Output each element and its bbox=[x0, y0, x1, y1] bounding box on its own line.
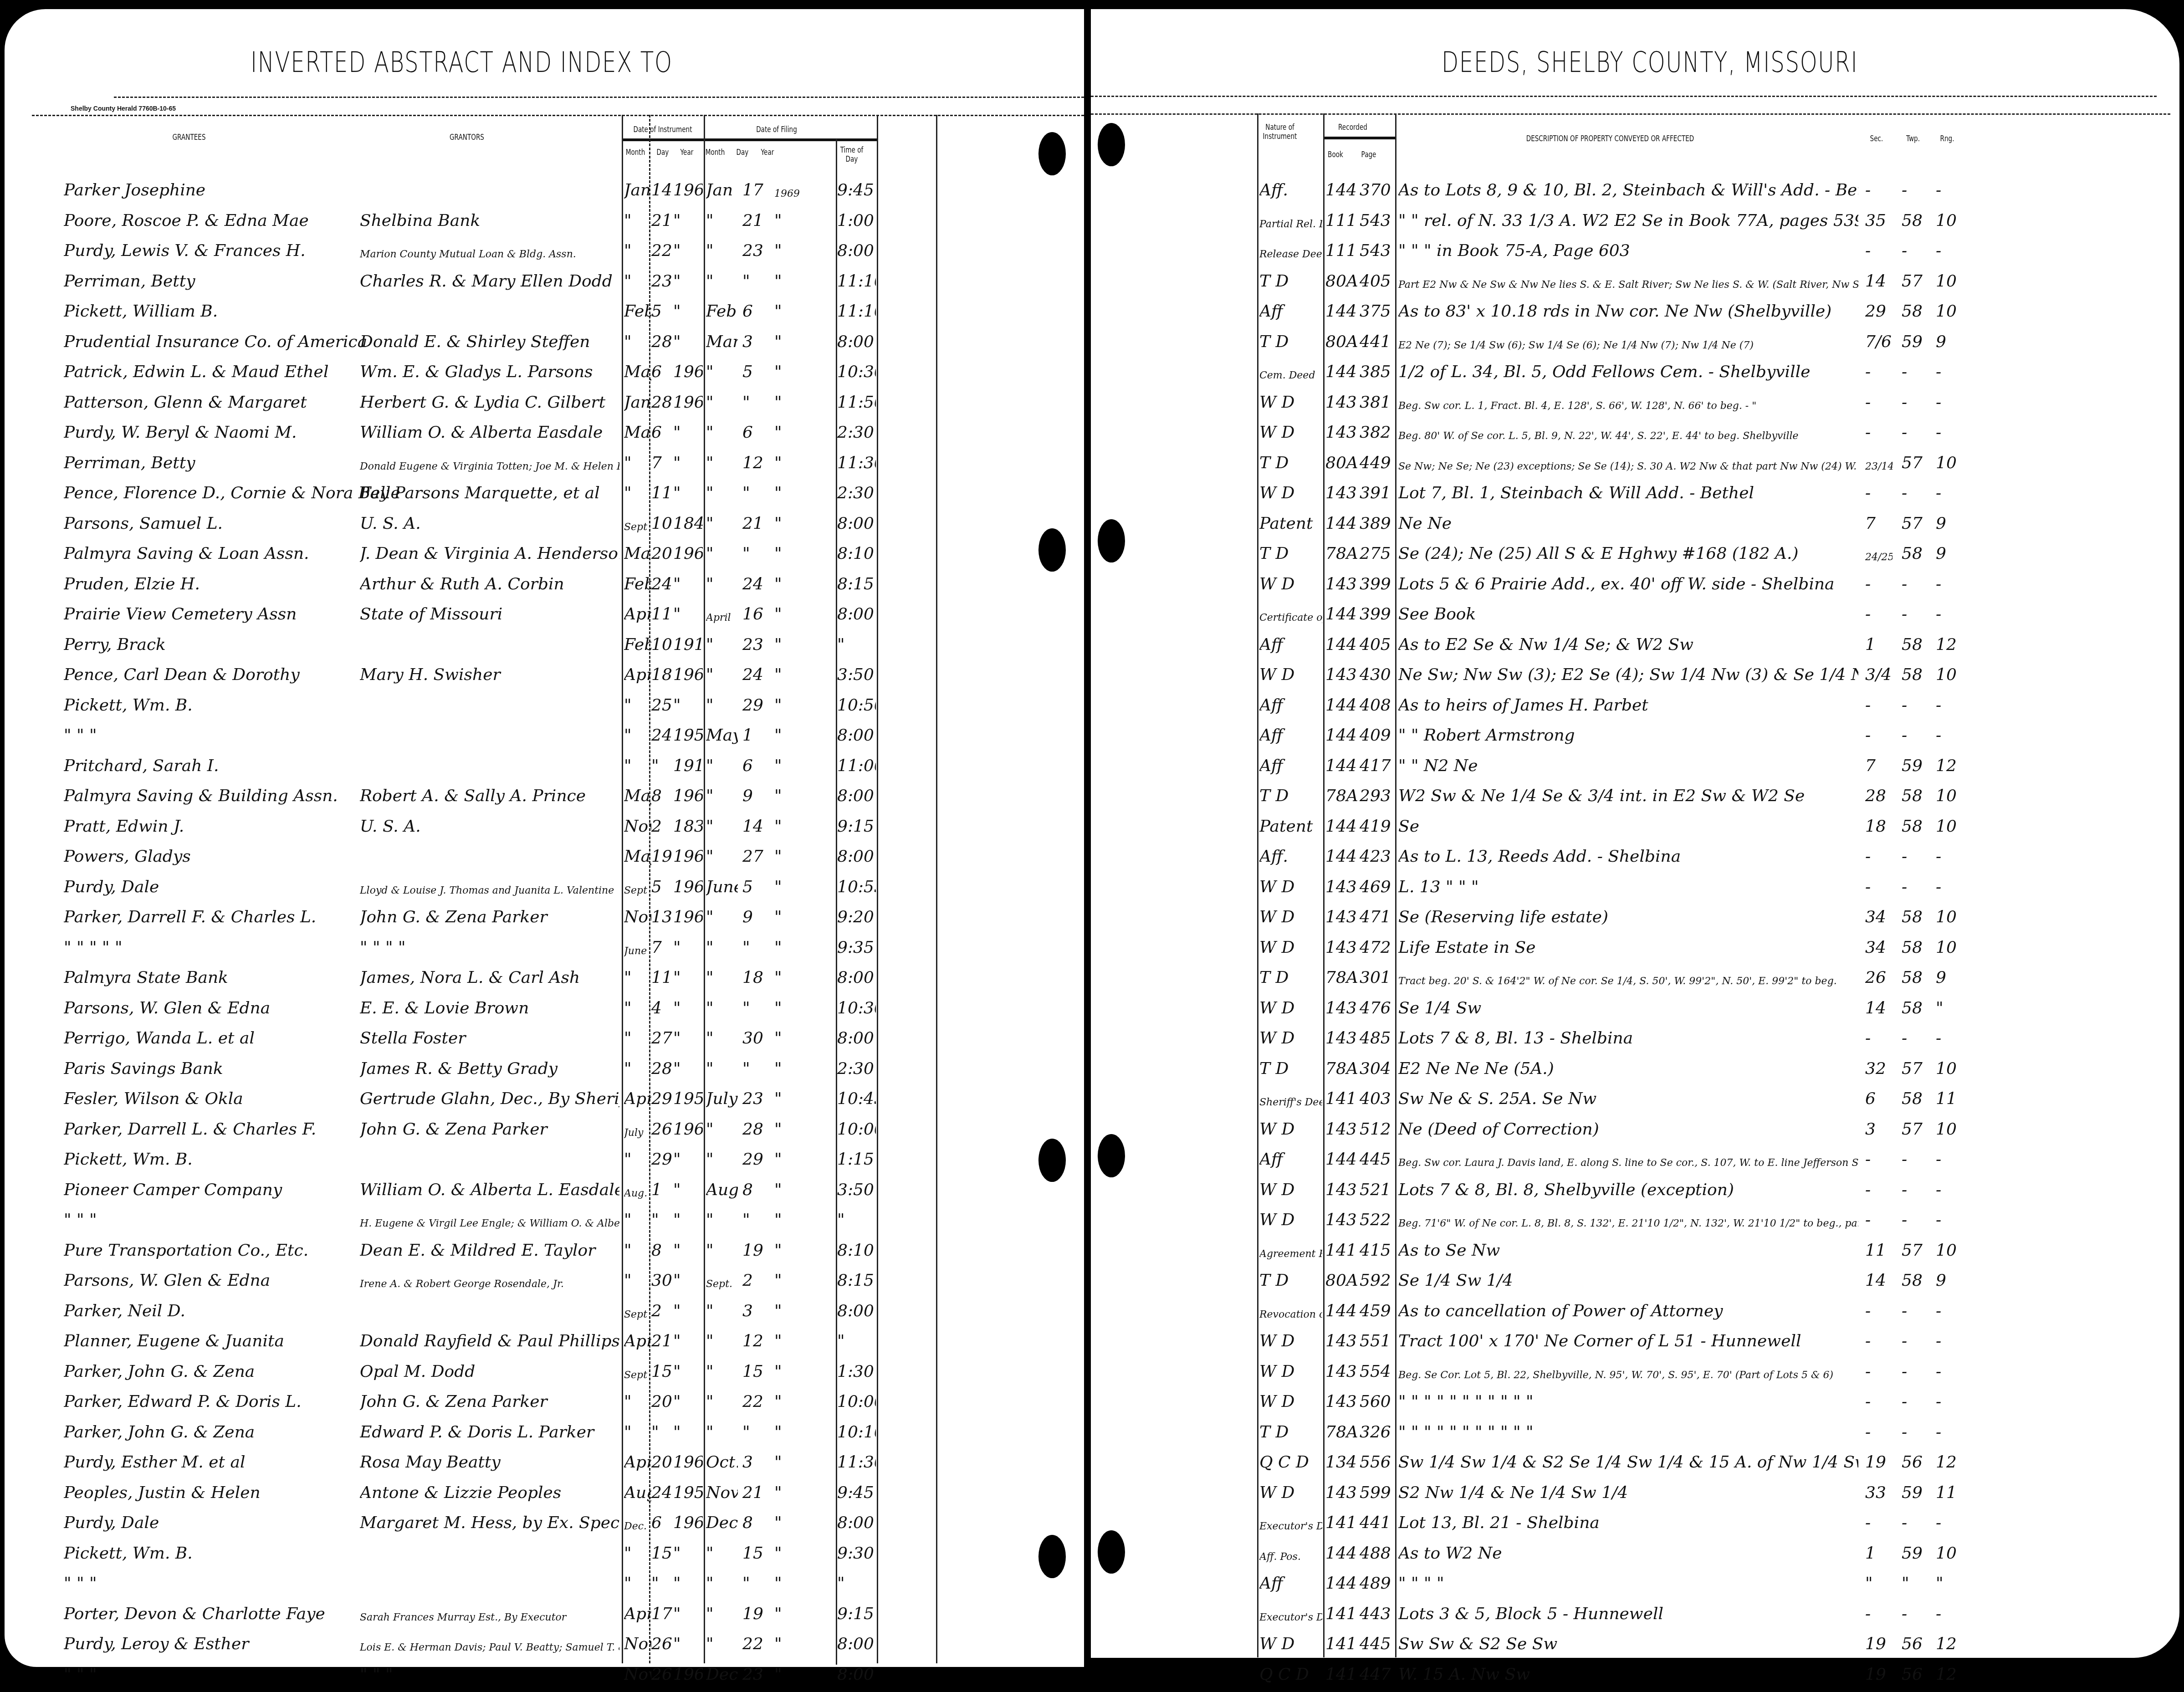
township: - bbox=[1902, 878, 1927, 896]
filing-month: " bbox=[706, 393, 738, 412]
township: 59 bbox=[1902, 1544, 1927, 1563]
property-description: " " " " bbox=[1398, 1574, 1858, 1593]
range: 9 bbox=[1936, 514, 1961, 533]
township: - bbox=[1902, 1605, 1927, 1623]
instrument-day: 19 bbox=[651, 847, 674, 866]
time-of-day: 10:30 bbox=[837, 999, 876, 1017]
instrument-year: " bbox=[673, 696, 703, 715]
instrument-month: " bbox=[624, 272, 651, 291]
filing-month: " bbox=[706, 1332, 738, 1350]
time-of-day: 8:00 bbox=[837, 968, 876, 987]
instrument-year: 1969 bbox=[673, 908, 703, 926]
range: - bbox=[1936, 575, 1961, 593]
book-number: 143 bbox=[1325, 1392, 1357, 1411]
filing-month: " bbox=[706, 968, 738, 987]
grantee-name: " " " bbox=[64, 726, 419, 745]
filing-month: " bbox=[706, 635, 738, 654]
section: - bbox=[1865, 847, 1892, 866]
filing-year: " bbox=[774, 454, 802, 472]
range: 9 bbox=[1936, 332, 1961, 351]
grantor-name: John G. & Zena Parker bbox=[360, 908, 619, 926]
instrument-day: 30 bbox=[651, 1271, 674, 1290]
ledger-row: Pruden, Elzie H.Arthur & Ruth A. CorbinF… bbox=[5, 567, 1084, 597]
township: 58 bbox=[1902, 968, 1927, 987]
grantor-name: John G. & Zena Parker bbox=[360, 1392, 619, 1411]
ledger-row: Patterson, Glenn & MargaretHerbert G. & … bbox=[5, 385, 1084, 415]
instrument-month: " bbox=[624, 1059, 651, 1078]
time-of-day: " bbox=[837, 1211, 876, 1229]
filing-day: 2 bbox=[742, 1271, 765, 1290]
instrument-day: " bbox=[651, 757, 674, 775]
instrument-year: " bbox=[673, 1423, 703, 1442]
section: 29 bbox=[1865, 302, 1892, 321]
section: - bbox=[1865, 1150, 1892, 1169]
filing-day: 5 bbox=[742, 878, 765, 896]
range: - bbox=[1936, 1362, 1961, 1381]
file-month-header: Month bbox=[704, 148, 726, 157]
township: - bbox=[1902, 1513, 1927, 1532]
township: 57 bbox=[1902, 272, 1927, 291]
page-number: 417 bbox=[1360, 757, 1394, 775]
nature-of-instrument: Executor's Deed bbox=[1259, 1612, 1322, 1623]
filing-year: " bbox=[774, 211, 802, 230]
township: 59 bbox=[1902, 332, 1927, 351]
property-description: Ne (Deed of Correction) bbox=[1398, 1120, 1858, 1139]
section: 33 bbox=[1865, 1483, 1892, 1502]
filing-year: " bbox=[774, 363, 802, 381]
instrument-year: " bbox=[673, 1211, 703, 1229]
ledger-row: Parker, Neil D.Sept2""3"8:00 bbox=[5, 1294, 1084, 1324]
ledger-row: Pure Transportation Co., Etc.Dean E. & M… bbox=[5, 1233, 1084, 1263]
filing-month: " bbox=[706, 1150, 738, 1169]
instrument-month: Nov bbox=[624, 1635, 651, 1653]
range: - bbox=[1936, 1332, 1961, 1350]
filing-year: " bbox=[774, 1029, 802, 1048]
instrument-year: 1968 bbox=[673, 1453, 703, 1472]
township: - bbox=[1902, 1392, 1927, 1411]
page-number: 521 bbox=[1360, 1181, 1394, 1199]
grantor-name: Robert A. & Sally A. Prince bbox=[360, 787, 619, 805]
ledger-row: " " """""""" bbox=[5, 1566, 1084, 1596]
instrument-day: 11 bbox=[651, 605, 674, 624]
instrument-year: " bbox=[673, 302, 703, 321]
township: 56 bbox=[1902, 1635, 1927, 1653]
filing-month: " bbox=[706, 423, 738, 442]
grantor-name: Donald Rayfield & Paul Phillips bbox=[360, 1332, 619, 1350]
twp-header: Twp. bbox=[1904, 134, 1922, 143]
page-number: 441 bbox=[1360, 332, 1394, 351]
instrument-month: Sept bbox=[624, 885, 651, 896]
instrument-year: " bbox=[673, 1241, 703, 1260]
book-number: 143 bbox=[1325, 393, 1357, 412]
time-of-day: 10:10 bbox=[837, 1423, 876, 1442]
ledger-row: Agreement Right of Release141415As to Se… bbox=[1091, 1233, 2179, 1263]
nature-of-instrument: Aff. bbox=[1259, 847, 1322, 866]
ledger-row: W D143391Lot 7, Bl. 1, Steinbach & Will … bbox=[1091, 476, 2179, 506]
ledger-row: W D143551Tract 100' x 170' Ne Corner of … bbox=[1091, 1324, 2179, 1354]
nature-of-instrument: Patent bbox=[1259, 817, 1322, 836]
page-number: 399 bbox=[1360, 605, 1394, 624]
book-number: 144 bbox=[1325, 302, 1357, 321]
page-number: 471 bbox=[1360, 908, 1394, 926]
instrument-day: 29 bbox=[651, 1089, 674, 1108]
instrument-month: " bbox=[624, 968, 651, 987]
ledger-row: Perry, BrackFeb101910"23"" bbox=[5, 628, 1084, 658]
township: 56 bbox=[1902, 1453, 1927, 1472]
filing-year: " bbox=[774, 1150, 802, 1169]
nature-of-instrument: W D bbox=[1259, 938, 1322, 957]
book-number: 143 bbox=[1325, 665, 1357, 684]
grantor-name: Margaret M. Hess, by Ex. Spec. bbox=[360, 1513, 619, 1532]
section: 7 bbox=[1865, 757, 1892, 775]
property-description: Sw Ne & S. 25A. Se Nw bbox=[1398, 1089, 1858, 1108]
ledger-row: " " ""241957May1"8:00 bbox=[5, 718, 1084, 748]
time-of-day: 1:15 bbox=[837, 1150, 876, 1169]
township: - bbox=[1902, 241, 1927, 260]
township: - bbox=[1902, 1332, 1927, 1350]
filing-year: " bbox=[774, 1423, 802, 1442]
filing-day: " bbox=[742, 1423, 765, 1442]
filing-year: " bbox=[774, 1181, 802, 1199]
instrument-month: " bbox=[624, 1029, 651, 1048]
filing-day: 14 bbox=[742, 817, 765, 836]
ledger-row: Certificate of Incorporation144399See Bo… bbox=[1091, 597, 2179, 627]
time-of-day: 2:30 bbox=[837, 484, 876, 502]
ledger-row: Palmyra State BankJames, Nora L. & Carl … bbox=[5, 961, 1084, 991]
book-number: 144 bbox=[1325, 847, 1357, 866]
instrument-month: " bbox=[624, 1574, 651, 1593]
book-header: Book bbox=[1326, 150, 1345, 159]
time-of-day: 8:00 bbox=[837, 847, 876, 866]
time-of-day: 8:15 bbox=[837, 1271, 876, 1290]
rule bbox=[1091, 113, 2170, 115]
grantor-name: State of Missouri bbox=[360, 605, 619, 624]
property-description: S2 Nw 1/4 & Ne 1/4 Sw 1/4 bbox=[1398, 1483, 1858, 1502]
ledger-row: Pence, Carl Dean & DorothyMary H. Swishe… bbox=[5, 658, 1084, 688]
ledger-row: Executor's Deed141441Lot 13, Bl. 21 - Sh… bbox=[1091, 1506, 2179, 1536]
section: 19 bbox=[1865, 1665, 1892, 1684]
property-description: As to Lots 8, 9 & 10, Bl. 2, Steinbach &… bbox=[1398, 181, 1858, 199]
instrument-day: 4 bbox=[651, 999, 674, 1017]
ledger-row: Purdy, DaleMargaret M. Hess, by Ex. Spec… bbox=[5, 1506, 1084, 1536]
nature-of-instrument: W D bbox=[1259, 1332, 1322, 1350]
filing-year: " bbox=[774, 1332, 802, 1350]
ledger-row: W D143522Beg. 71'6" W. of Ne cor. L. 8, … bbox=[1091, 1203, 2179, 1233]
grantee-name: Pritchard, Sarah I. bbox=[64, 757, 419, 775]
sec-header: Sec. bbox=[1867, 134, 1886, 143]
filing-day: " bbox=[742, 1059, 765, 1078]
instrument-month: " bbox=[624, 1241, 651, 1260]
instrument-month: " bbox=[624, 454, 651, 472]
instrument-day: 7 bbox=[651, 454, 674, 472]
book-number: 143 bbox=[1325, 1181, 1357, 1199]
time-of-day: 8:00 bbox=[837, 514, 876, 533]
time-of-day: 10:45 bbox=[837, 1089, 876, 1108]
book-number: 80A bbox=[1325, 272, 1357, 291]
township: - bbox=[1902, 1029, 1927, 1048]
page-number: 599 bbox=[1360, 1483, 1394, 1502]
property-description: " " " in Book 75-A, Page 603 bbox=[1398, 241, 1858, 260]
filing-month: Sept. bbox=[706, 1278, 738, 1290]
nature-of-instrument: W D bbox=[1259, 484, 1322, 502]
filing-month: " bbox=[706, 1635, 738, 1653]
section: - bbox=[1865, 1211, 1892, 1229]
instrument-day: 24 bbox=[651, 726, 674, 745]
property-description: Sw 1/4 Sw 1/4 & S2 Se 1/4 Sw 1/4 & 15 A.… bbox=[1398, 1453, 1858, 1472]
instrument-day: 15 bbox=[651, 1544, 674, 1563]
instrument-day: 2 bbox=[651, 817, 674, 836]
ledger-row: Powers, GladysMay191969"27"8:00 bbox=[5, 839, 1084, 869]
property-description: " " rel. of N. 33 1/3 A. W2 E2 Se in Boo… bbox=[1398, 211, 1858, 230]
instrument-day: 11 bbox=[651, 484, 674, 502]
book-number: 144 bbox=[1325, 1544, 1357, 1563]
township: - bbox=[1902, 1211, 1927, 1229]
property-description: As to L. 13, Reeds Add. - Shelbina bbox=[1398, 847, 1858, 866]
instrument-day: 28 bbox=[651, 332, 674, 351]
filing-day: 15 bbox=[742, 1362, 765, 1381]
property-description: Lot 13, Bl. 21 - Shelbina bbox=[1398, 1513, 1858, 1532]
township: - bbox=[1902, 484, 1927, 502]
section: 7 bbox=[1865, 514, 1892, 533]
book-number: 80A bbox=[1325, 454, 1357, 472]
instrument-year: " bbox=[673, 1029, 703, 1048]
ledger-row: W D143485Lots 7 & 8, Bl. 13 - Shelbina--… bbox=[1091, 1021, 2179, 1051]
filing-month: Dec. bbox=[706, 1665, 738, 1684]
filing-day: " bbox=[742, 272, 765, 291]
township: 58 bbox=[1902, 544, 1927, 563]
grantor-name: Arthur & Ruth A. Corbin bbox=[360, 575, 619, 593]
instrument-year: " bbox=[673, 1544, 703, 1563]
ledger-row: Q C D141447W. 15 A. Nw Sw195612 bbox=[1091, 1657, 2179, 1687]
range: 12 bbox=[1936, 757, 1961, 775]
section: 3/4 bbox=[1865, 665, 1892, 684]
page-number: 447 bbox=[1360, 1665, 1394, 1684]
book-number: 144 bbox=[1325, 696, 1357, 715]
page-number: 385 bbox=[1360, 363, 1394, 381]
section: - bbox=[1865, 1392, 1892, 1411]
filing-month: " bbox=[706, 665, 738, 684]
filing-day: 21 bbox=[742, 1483, 765, 1502]
property-description: Se (24); Ne (25) All S & E Hghwy #168 (1… bbox=[1398, 544, 1858, 563]
filing-day: 8 bbox=[742, 1181, 765, 1199]
page-number: 543 bbox=[1360, 241, 1394, 260]
ledger-row: W D143560" " " " " " " " " " "--- bbox=[1091, 1385, 2179, 1415]
instrument-day: 2 bbox=[651, 1302, 674, 1320]
section: 14 bbox=[1865, 272, 1892, 291]
page-number: 554 bbox=[1360, 1362, 1394, 1381]
time-of-day: 9:45 bbox=[837, 181, 876, 199]
page-number: 326 bbox=[1360, 1423, 1394, 1442]
nature-of-instrument: W D bbox=[1259, 1120, 1322, 1139]
nature-of-instrument: Aff bbox=[1259, 302, 1322, 321]
page-number: 403 bbox=[1360, 1089, 1394, 1108]
filing-year: " bbox=[774, 665, 802, 684]
instrument-day: 11 bbox=[651, 968, 674, 987]
book-number: 144 bbox=[1325, 181, 1357, 199]
ledger-row: W D143476Se 1/4 Sw1458" bbox=[1091, 991, 2179, 1021]
nature-of-instrument: Executor's Deed bbox=[1259, 1521, 1322, 1532]
filing-year: " bbox=[774, 484, 802, 502]
nature-of-instrument: Release Deed bbox=[1259, 249, 1322, 260]
filing-month: " bbox=[706, 1211, 738, 1229]
rule bbox=[114, 97, 1084, 98]
range: 9 bbox=[1936, 968, 1961, 987]
filing-year: " bbox=[774, 787, 802, 805]
instrument-month: Sept bbox=[624, 1309, 651, 1320]
instrument-month: " bbox=[624, 1211, 651, 1229]
instrument-month: " bbox=[624, 1423, 651, 1442]
page-number: 556 bbox=[1360, 1453, 1394, 1472]
instrument-day: 25 bbox=[651, 696, 674, 715]
instrument-month: July bbox=[624, 1127, 651, 1139]
range: 9 bbox=[1936, 1271, 1961, 1290]
time-of-day: 10:00 bbox=[837, 1120, 876, 1139]
grantor-name: " " " bbox=[360, 1665, 619, 1684]
instrument-month: " bbox=[624, 999, 651, 1017]
ledger-row: T D78A326" " " " " " " " " " "--- bbox=[1091, 1415, 2179, 1445]
grantor-name: James, Nora L. & Carl Ash bbox=[360, 968, 619, 987]
filing-month: " bbox=[706, 1392, 738, 1411]
time-of-day: 8:00 bbox=[837, 1029, 876, 1048]
instrument-year: " bbox=[673, 1271, 703, 1290]
range: - bbox=[1936, 393, 1961, 412]
filing-month: " bbox=[706, 1029, 738, 1048]
filing-year: " bbox=[774, 1453, 802, 1472]
filing-day: 28 bbox=[742, 1120, 765, 1139]
grantors-header: GRANTORS bbox=[440, 133, 494, 142]
time-of-day: 10:50 bbox=[837, 696, 876, 715]
book-number: 143 bbox=[1325, 1029, 1357, 1048]
section: - bbox=[1865, 363, 1892, 381]
property-description: Ne Sw; Nw Sw (3); E2 Se (4); Sw 1/4 Nw (… bbox=[1398, 665, 1858, 684]
filing-day: 6 bbox=[742, 302, 765, 321]
ledger-row: Parsons, Samuel L.U. S. A.Sept101844"21"… bbox=[5, 506, 1084, 537]
township: - bbox=[1902, 1362, 1927, 1381]
filing-month: " bbox=[706, 1605, 738, 1623]
township: 57 bbox=[1902, 1241, 1927, 1260]
instrument-month: Feb bbox=[624, 302, 651, 321]
filing-month: " bbox=[706, 1362, 738, 1381]
range: - bbox=[1936, 241, 1961, 260]
instrument-month: " bbox=[624, 211, 651, 230]
filing-year: " bbox=[774, 272, 802, 291]
ledger-row: Perrigo, Wanda L. et alStella Foster"27"… bbox=[5, 1021, 1084, 1051]
instrument-year: " bbox=[673, 1181, 703, 1199]
grantee-name: Pickett, Wm. B. bbox=[64, 1150, 419, 1169]
instrument-year: 1969 bbox=[673, 1513, 703, 1532]
book-number: 80A bbox=[1325, 1271, 1357, 1290]
instrument-month: " bbox=[624, 1271, 651, 1290]
township: - bbox=[1902, 575, 1927, 593]
filing-day: 29 bbox=[742, 696, 765, 715]
instrument-year: 1957 bbox=[673, 726, 703, 745]
township: 58 bbox=[1902, 787, 1927, 805]
township: - bbox=[1902, 423, 1927, 442]
property-description: Lots 7 & 8, Bl. 8, Shelbyville (exceptio… bbox=[1398, 1181, 1858, 1199]
range: " bbox=[1936, 1574, 1961, 1593]
file-day-header: Day bbox=[733, 148, 752, 157]
nature-of-instrument: Partial Rel. Deed bbox=[1259, 219, 1322, 230]
ledger-row: W D143512Ne (Deed of Correction)35710 bbox=[1091, 1112, 2179, 1142]
ledger-row: W D143472Life Estate in Se345810 bbox=[1091, 930, 2179, 961]
nature-of-instrument: W D bbox=[1259, 423, 1322, 442]
nature-of-instrument: W D bbox=[1259, 1211, 1322, 1229]
ledger-row: W D143521Lots 7 & 8, Bl. 8, Shelbyville … bbox=[1091, 1173, 2179, 1203]
rule bbox=[32, 115, 1084, 116]
ledger-row: Palmyra Saving & Building Assn.Robert A.… bbox=[5, 779, 1084, 809]
grantor-name: U. S. A. bbox=[360, 514, 619, 533]
grantor-name: Stella Foster bbox=[360, 1029, 619, 1048]
ledger-row: W D143469L. 13 " " "--- bbox=[1091, 870, 2179, 900]
book-number: 143 bbox=[1325, 575, 1357, 593]
filing-month: Aug. bbox=[706, 1181, 738, 1199]
grantor-name: Mary H. Swisher bbox=[360, 665, 619, 684]
range: 12 bbox=[1936, 1635, 1961, 1653]
property-description: Part E2 Nw & Ne Sw & Nw Ne lies S. & E. … bbox=[1398, 279, 1858, 291]
section: - bbox=[1865, 696, 1892, 715]
ledger-row: Pickett, Wm. B."25""29"10:50 bbox=[5, 688, 1084, 718]
ledger-row: Patrick, Edwin L. & Maud EthelWm. E. & G… bbox=[5, 355, 1084, 385]
nature-of-instrument: T D bbox=[1259, 454, 1322, 472]
ledger-row: T D78A304E2 Ne Ne Ne (5A.)325710 bbox=[1091, 1052, 2179, 1082]
instrument-year: " bbox=[673, 1392, 703, 1411]
filing-month: " bbox=[706, 938, 738, 957]
property-description: As to Se Nw bbox=[1398, 1241, 1858, 1260]
time-of-day: 11:00 bbox=[837, 757, 876, 775]
filing-year: " bbox=[774, 302, 802, 321]
nature-of-instrument: W D bbox=[1259, 1362, 1322, 1381]
nature-of-instrument: W D bbox=[1259, 1635, 1322, 1653]
filing-day: 23 bbox=[742, 1089, 765, 1108]
ledger-row: W D143554Beg. Se Cor. Lot 5, Bl. 22, She… bbox=[1091, 1355, 2179, 1385]
range: 10 bbox=[1936, 787, 1961, 805]
filing-month: " bbox=[706, 787, 738, 805]
instrument-month: Apr bbox=[624, 665, 651, 684]
range: - bbox=[1936, 1605, 1961, 1623]
book-number: 143 bbox=[1325, 1362, 1357, 1381]
page-number: 459 bbox=[1360, 1302, 1394, 1320]
nature-of-instrument: W D bbox=[1259, 878, 1322, 896]
ledger-row: Planner, Eugene & JuanitaDonald Rayfield… bbox=[5, 1324, 1084, 1354]
page-number: 381 bbox=[1360, 393, 1394, 412]
book-number: 143 bbox=[1325, 1211, 1357, 1229]
ledger-row: Aff144409" " Robert Armstrong--- bbox=[1091, 718, 2179, 748]
recorded-header: Recorded bbox=[1336, 123, 1369, 132]
book-number: 141 bbox=[1325, 1513, 1357, 1532]
property-description: Tract beg. 20' S. & 164'2" W. of Ne cor.… bbox=[1398, 976, 1858, 987]
ledger-row: Revocation of Power of Atty144459As to c… bbox=[1091, 1294, 2179, 1324]
filing-day: 12 bbox=[742, 1332, 765, 1350]
page-number: 389 bbox=[1360, 514, 1394, 533]
instrument-day: 6 bbox=[651, 423, 674, 442]
ledger-row: Parsons, W. Glen & EdnaIrene A. & Robert… bbox=[5, 1263, 1084, 1293]
property-description: As to W2 Ne bbox=[1398, 1544, 1858, 1563]
section: 1 bbox=[1865, 635, 1892, 654]
section: - bbox=[1865, 1302, 1892, 1320]
ledger-row: Pickett, Wm. B."29""29"1:15 bbox=[5, 1142, 1084, 1172]
range: 12 bbox=[1936, 1453, 1961, 1472]
page-number: 488 bbox=[1360, 1544, 1394, 1563]
time-of-day: 8:00 bbox=[837, 605, 876, 624]
range: 12 bbox=[1936, 1665, 1961, 1684]
section: 35 bbox=[1865, 211, 1892, 230]
township: - bbox=[1902, 696, 1927, 715]
grantor-name: Herbert G. & Lydia C. Gilbert bbox=[360, 393, 619, 412]
filing-month: " bbox=[706, 514, 738, 533]
page-number: 415 bbox=[1360, 1241, 1394, 1260]
time-of-day: 8:00 bbox=[837, 1635, 876, 1653]
nature-of-instrument: W D bbox=[1259, 575, 1322, 593]
